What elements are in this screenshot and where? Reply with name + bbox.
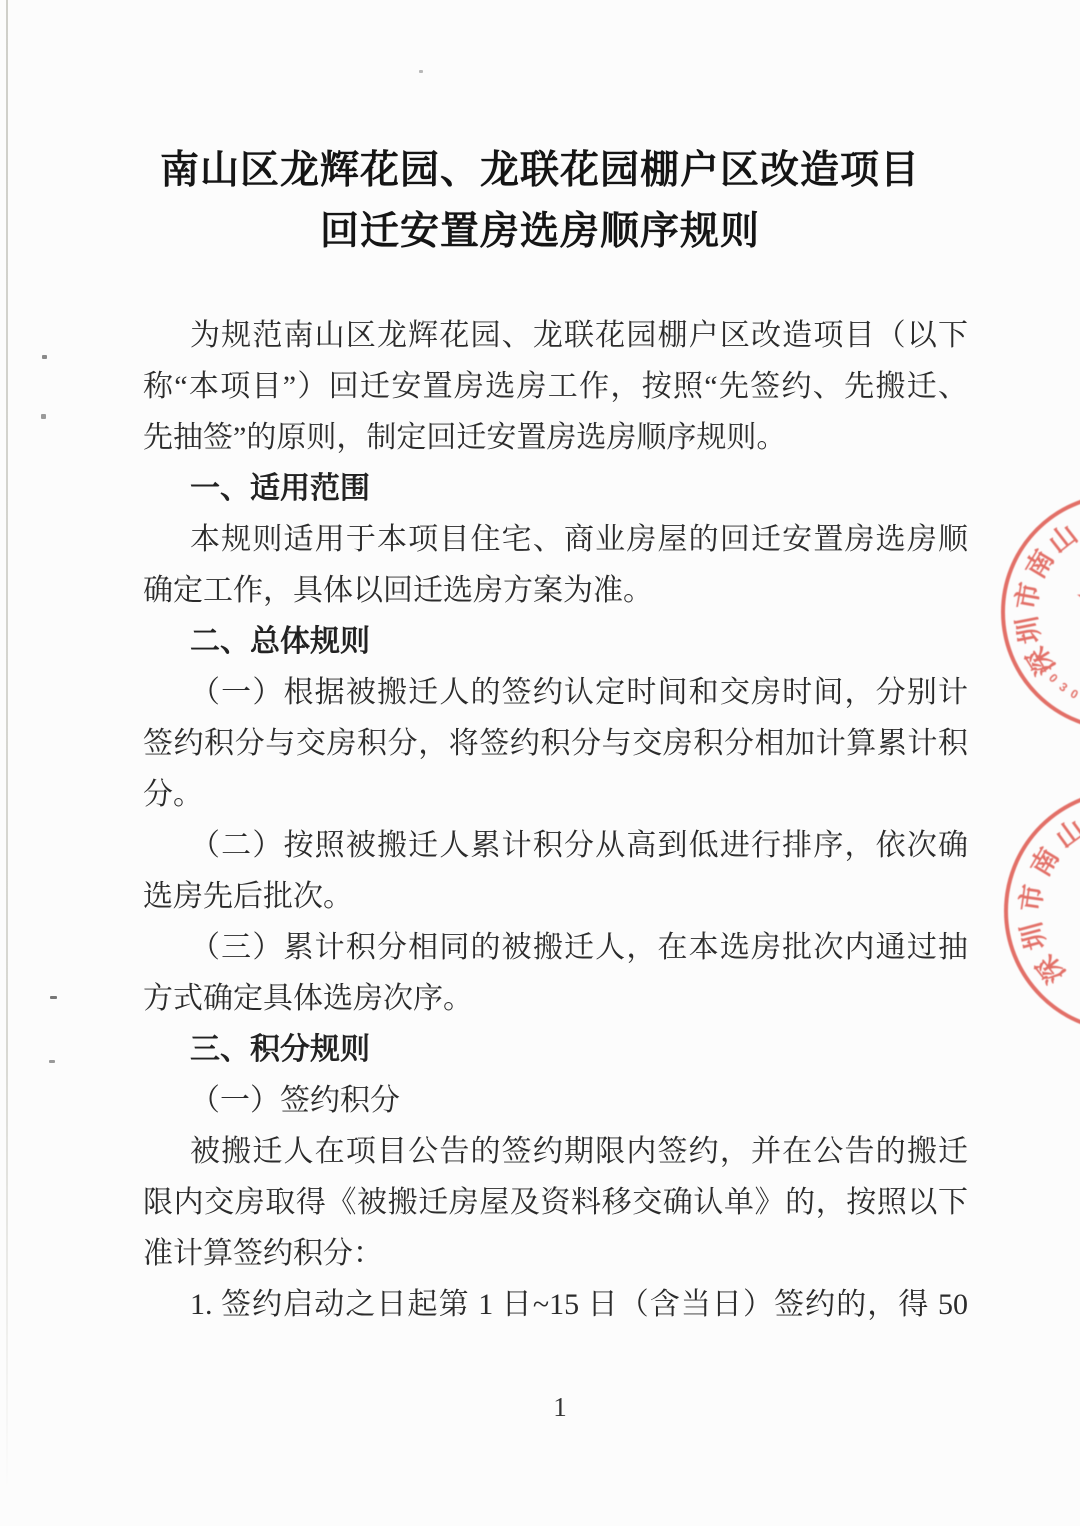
scan-speck — [49, 1060, 55, 1063]
title-line-1: 南山区龙辉花园、龙联花园棚户区改造项目 — [0, 140, 1080, 201]
paragraph-line: 选房先后批次。 — [143, 871, 968, 922]
document-body: 为规范南山区龙辉花园、龙联花园棚户区改造项目（以下简 称“本项目”）回迁安置房选… — [143, 310, 968, 1330]
scan-speck — [42, 355, 47, 359]
title-line-2: 回迁安置房选房顺序规则 — [0, 201, 1080, 262]
paragraph-line: 本规则适用于本项目住宅、商业房屋的回迁安置房选房顺序 — [143, 514, 968, 565]
paragraph-line: 方式确定具体选房次序。 — [143, 973, 968, 1024]
scan-speck — [41, 414, 46, 419]
paragraph-line: （二）按照被搬迁人累计积分从高到低进行排序，依次确定 — [143, 820, 968, 871]
paragraph-line: （一）根据被搬迁人的签约认定时间和交房时间，分别计算 — [143, 667, 968, 718]
seal-char: 南 — [1025, 842, 1065, 881]
paragraph-line: 为规范南山区龙辉花园、龙联花园棚户区改造项目（以下简 — [143, 310, 968, 361]
page-number: 1 — [20, 1392, 1080, 1423]
official-seal-2: 深 圳 市 南 山 区 ★ — [1004, 789, 1080, 1033]
seal-char: 圳 — [1012, 613, 1047, 646]
document-title: 南山区龙辉花园、龙联花园棚户区改造项目 回迁安置房选房顺序规则 — [0, 140, 1080, 262]
paragraph-line: 称“本项目”）回迁安置房选房工作，按照“先签约、先搬迁、 — [143, 361, 968, 412]
section-heading-3: 三、积分规则 — [143, 1024, 968, 1075]
seal-char: 市 — [1015, 882, 1049, 914]
section-heading-2: 二、总体规则 — [143, 616, 968, 667]
paragraph-line: 分。 — [143, 769, 968, 820]
document-page: 南山区龙辉花园、龙联花园棚户区改造项目 回迁安置房选房顺序规则 为规范南山区龙辉… — [0, 0, 1080, 1526]
seal-char: 市 — [1011, 580, 1045, 613]
seal-serial-digit: 0 — [1066, 686, 1080, 702]
paragraph-line: （三）累计积分相同的被搬迁人，在本选房批次内通过抽签 — [143, 922, 968, 973]
paragraph-line: 先抽签”的原则，制定回迁安置房选房顺序规则。 — [143, 412, 968, 463]
paragraph-line: 限内交房取得《被搬迁房屋及资料移交确认单》的，按照以下标 — [143, 1177, 968, 1228]
paragraph-line: 确定工作，具体以回迁选房方案为准。 — [143, 565, 968, 616]
star-icon: ★ — [1070, 550, 1080, 662]
paragraph-line: 准计算签约积分： — [143, 1228, 968, 1279]
scan-speck — [419, 70, 423, 73]
section-heading-1: 一、适用范围 — [143, 463, 968, 514]
paragraph-line: 签约积分与交房积分，将签约积分与交房积分相加计算累计积 — [143, 718, 968, 769]
seal-char: 圳 — [1016, 919, 1052, 954]
subsection-heading: （一）签约积分 — [143, 1075, 968, 1126]
star-icon: ★ — [1076, 849, 1080, 961]
seal-char: 深 — [1031, 949, 1072, 990]
official-seal-1: 深 圳 市 南 山 人 4 4 0 3 0 5 ★ — [1001, 493, 1080, 731]
paragraph-line: 1. 签约启动之日起第 1 日~15 日（含当日）签约的，得 50 — [143, 1279, 968, 1330]
scan-speck — [50, 996, 57, 999]
paragraph-line: 被搬迁人在项目公告的签约期限内签约，并在公告的搬迁期 — [143, 1126, 968, 1177]
